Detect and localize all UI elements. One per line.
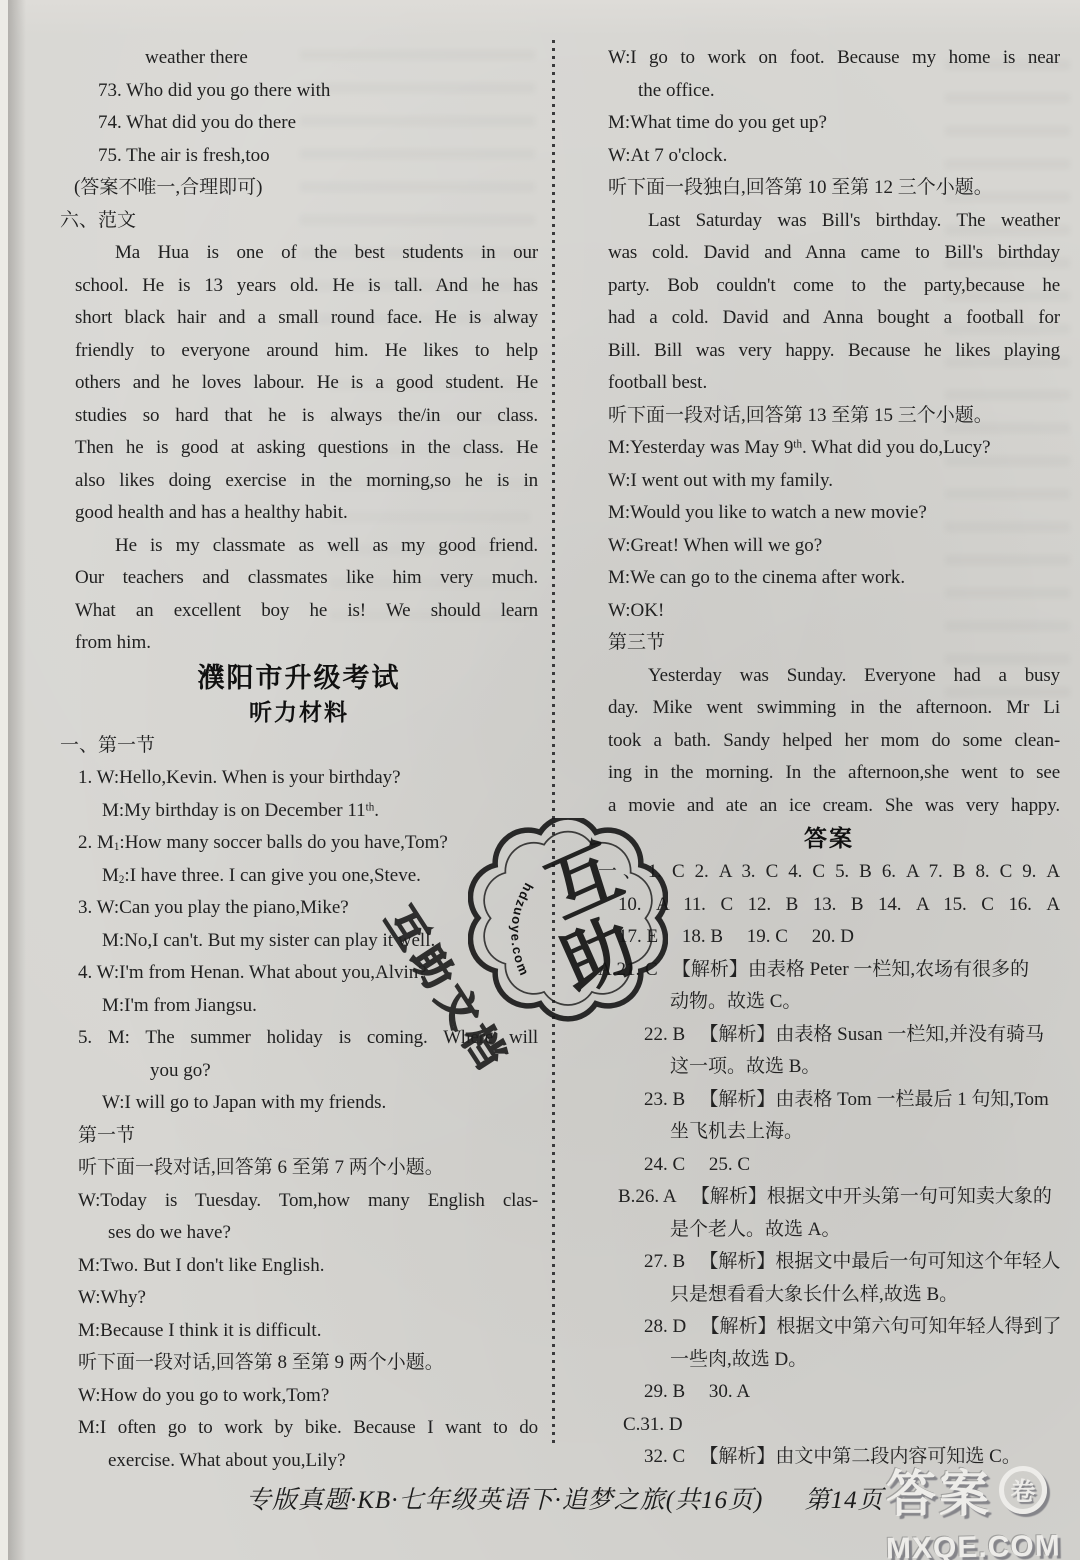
text-line: ing in the morning. In the afternoon,she… <box>608 757 1060 790</box>
text-line: 17. E 18. B 19. C 20. D <box>618 921 1060 954</box>
text-line: 27. B 【解析】根据文中最后一句可知这个年轻人 <box>644 1246 1060 1279</box>
text-line: Ma Hua is one of the best students in ou… <box>115 237 538 270</box>
text-line: 一、第一节 <box>60 730 538 763</box>
text-line: day. Mike went swimming in the afternoon… <box>608 692 1060 725</box>
scan-left-shadow <box>8 0 26 1560</box>
text-line: M:Would you like to watch a new movie? <box>608 497 1060 530</box>
text-line: a movie and ate an ice cream. She was ve… <box>608 790 1060 823</box>
page-footer: 专版真题·KB·七年级英语下·追梦之旅(共16页) 第14页 <box>246 1480 884 1516</box>
text-line: also likes doing exercise in the morning… <box>75 465 538 498</box>
text-line: short black hair and a small round face.… <box>75 302 538 335</box>
footer-page-number: 第14页 <box>805 1487 884 1514</box>
text-line: good health and has a healthy habit. <box>75 497 538 530</box>
text-line: W:I will go to Japan with my friends. <box>102 1087 538 1120</box>
text-line: took a bath. Sandy helped her mom do som… <box>608 725 1060 758</box>
text-line: 23. B 【解析】由表格 Tom 一栏最后 1 句知,Tom <box>644 1084 1060 1117</box>
text-line: 10. A 11. C 12. B 13. B 14. A 15. C 16. … <box>618 889 1060 922</box>
text-line: 第一节 <box>78 1120 538 1153</box>
text-line: W:How do you go to work,Tom? <box>78 1380 538 1413</box>
text-line: 听下面一段对话,回答第 13 至第 15 三个小题。 <box>608 400 1060 433</box>
text-line: M:We can go to the cinema after work. <box>608 562 1060 595</box>
text-line: 只是想看看大象长什么样,故选 B。 <box>670 1279 1060 1312</box>
text-line: M:What time do you get up? <box>608 107 1060 140</box>
text-line: was cold. David and Anna came to Bill's … <box>608 237 1060 270</box>
text-line: studies so hard that he is always the/in… <box>75 400 538 433</box>
text-line: (答案不唯一,合理即可) <box>74 172 538 205</box>
text-line: 32. C 【解析】由文中第二段内容可知选 C。 <box>644 1441 1060 1474</box>
text-line: 坐飞机去上海。 <box>670 1116 1060 1149</box>
text-line: from him. <box>75 627 538 660</box>
text-line: 22. B 【解析】由表格 Susan 一栏知,并没有骑马 <box>644 1019 1060 1052</box>
text-line: had a cold. David and Anna bought a foot… <box>608 302 1060 335</box>
text-line: M:Two. But I don't like English. <box>78 1250 538 1283</box>
scan-top-highlight <box>0 0 1080 36</box>
text-line: others and he loves labour. He is a good… <box>75 367 538 400</box>
stamp-flower-icon: 互 助 hdzuoye.com <box>468 818 668 1022</box>
footer-series-text: 专版真题·KB·七年级英语下·追梦之旅(共16页) <box>246 1487 763 1514</box>
text-line: 1. W:Hello,Kevin. When is your birthday? <box>78 762 538 795</box>
text-line: 一些肉,故选 D。 <box>670 1344 1060 1377</box>
text-line: 75. The air is fresh,too <box>98 140 538 173</box>
text-line: 濮阳市升级考试 <box>60 660 538 696</box>
text-line: W:Why? <box>78 1282 538 1315</box>
text-line: 听下面一段对话,回答第 6 至第 7 两个小题。 <box>78 1152 538 1185</box>
text-line: W:I go to work on foot. Because my home … <box>608 42 1060 75</box>
text-line: 24. C 25. C <box>644 1149 1060 1182</box>
text-line: 74. What did you do there <box>98 107 538 140</box>
text-line: weather there <box>145 42 538 75</box>
scan-left-margin <box>0 0 8 1560</box>
text-line: B.26. A 【解析】根据文中开头第一句可知卖大象的 <box>618 1181 1060 1214</box>
text-line: C.31. D <box>623 1409 1060 1442</box>
text-line: He is my classmate as well as my good fr… <box>115 530 538 563</box>
text-line: the office. <box>638 75 1060 108</box>
right-column: W:I go to work on foot. Because my home … <box>598 42 1060 1474</box>
text-line: 听力材料 <box>60 696 538 730</box>
text-line: 动物。故选 C。 <box>670 986 1060 1019</box>
text-line: Our teachers and classmates like him ver… <box>75 562 538 595</box>
column-divider-dotted-line <box>552 40 555 1444</box>
text-line: M:Because I think it is difficult. <box>78 1315 538 1348</box>
text-line: W:OK! <box>608 595 1060 628</box>
text-line: ses do we have? <box>108 1217 538 1250</box>
text-line: What an excellent boy he is! We should l… <box>75 595 538 628</box>
text-line: exercise. What about you,Lily? <box>108 1445 538 1478</box>
text-line: Then he is good at asking questions in t… <box>75 432 538 465</box>
text-line: 这一项。故选 B。 <box>670 1051 1060 1084</box>
text-line: Last Saturday was Bill's birthday. The w… <box>648 205 1060 238</box>
text-line: 28. D 【解析】根据文中第六句可知年轻人得到了 <box>644 1311 1060 1344</box>
text-line: school. He is 13 years old. He is tall. … <box>75 270 538 303</box>
stamp-url-text: hdzuoye.com <box>508 881 536 979</box>
text-line: W:Today is Tuesday. Tom,how many English… <box>78 1185 538 1218</box>
text-line: 73. Who did you go there with <box>98 75 538 108</box>
left-column: weather there73. Who did you go there wi… <box>60 42 538 1477</box>
text-line: 听下面一段独白,回答第 10 至第 12 三个小题。 <box>608 172 1060 205</box>
text-line: 是个老人。故选 A。 <box>670 1214 1060 1247</box>
text-line: friendly to everyone around him. He like… <box>75 335 538 368</box>
scanned-answer-page: weather there73. Who did you go there wi… <box>0 0 1080 1560</box>
watermark-domain-text: MXQE.COM <box>886 1529 1061 1560</box>
text-line: W:At 7 o'clock. <box>608 140 1060 173</box>
text-line: 六、范文 <box>60 205 538 238</box>
text-line: M:I often go to work by bike. Because I … <box>78 1412 538 1445</box>
text-line: 29. B 30. A <box>644 1376 1060 1409</box>
text-line: Bill. Bill was very happy. Because he li… <box>608 335 1060 368</box>
help-stamp: 互 助 hdzuoye.com 互助文档 <box>468 818 668 1022</box>
text-line: Yesterday was Sunday. Everyone had a bus… <box>648 660 1060 693</box>
text-line: 第三节 <box>608 627 1060 660</box>
text-line: party. Bob couldn't come to the party,be… <box>608 270 1060 303</box>
text-line: W:Great! When will we go? <box>608 530 1060 563</box>
text-line: W:I went out with my family. <box>608 465 1060 498</box>
text-line: M:Yesterday was May 9th. What did you do… <box>608 432 1060 465</box>
text-line: football best. <box>608 367 1060 400</box>
text-line: 听下面一段对话,回答第 8 至第 9 两个小题。 <box>78 1347 538 1380</box>
